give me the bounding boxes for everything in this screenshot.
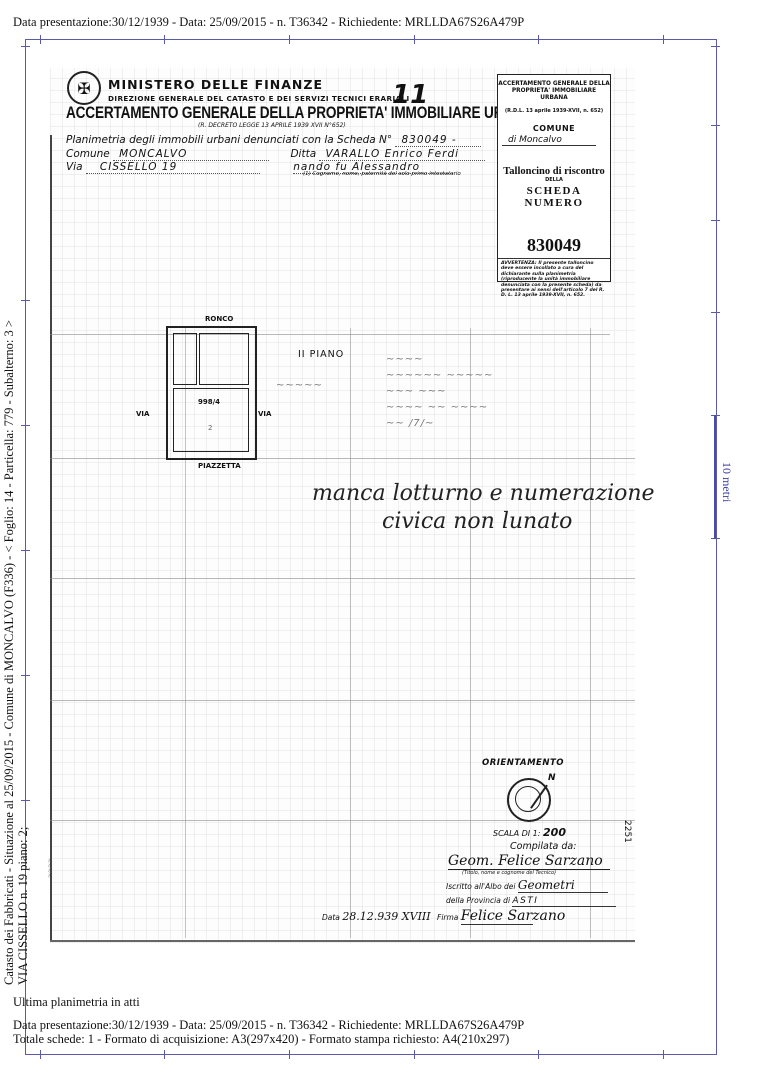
ruler-tick [414, 35, 415, 44]
scale-label: SCALA DI 1: [493, 829, 540, 838]
grid-line [590, 328, 591, 938]
via-label: Via [66, 161, 83, 173]
floor-label: II PIANO [298, 349, 344, 360]
date-label: Data [322, 913, 340, 922]
scale-bar-label: 10 metri [719, 462, 734, 502]
grid-line [50, 700, 635, 701]
north-label: N [548, 773, 556, 783]
plan-label-top: RONCO [205, 315, 233, 323]
ruler-tick [164, 1050, 165, 1059]
provincia-value: ASTI [512, 896, 616, 907]
signature-value: Felice Sarzano [461, 908, 533, 925]
stub-number: 830049 [498, 235, 610, 256]
planimetria-label: Planimetria degli immobili urbani denunc… [66, 134, 392, 146]
stub-comune-value: di Moncalvo [502, 135, 596, 146]
ditta-value-1: VARALLO Enrico Ferdi [319, 148, 485, 161]
orientation-label: ORIENTAMENTO [482, 758, 564, 768]
stub-comune-label: COMUNE [498, 124, 610, 133]
plan-room [199, 333, 249, 385]
footer-request-info: Data presentazione:30/12/1939 - Data: 25… [13, 1018, 524, 1032]
floor-plan-drawing: 998/4 2 [166, 326, 257, 460]
technician-name: Geom. Felice Sarzano [448, 853, 610, 870]
stub-talloncino: Talloncino di riscontro [498, 166, 610, 177]
ministry-title: MINISTERO DELLE FINANZE [108, 77, 323, 92]
plan-room [173, 333, 197, 385]
ruler-tick [663, 35, 664, 44]
grid-line [350, 328, 351, 938]
compass-icon [507, 778, 551, 822]
comune-label: Comune [66, 148, 110, 160]
stub-law: (R.D.L. 13 aprile 1939-XVII, n. 652) [498, 108, 610, 114]
scale-info: SCALA DI 1: 200 [493, 826, 566, 839]
technician-note: (Titolo, nome e cognome del Tecnico) [462, 870, 556, 876]
handwritten-note-line-2: civica non lunato [382, 508, 655, 536]
stub-heading: ACCERTAMENTO GENERALE DELLA PROPRIETA' I… [498, 81, 610, 102]
stamp-number: 2251 [622, 820, 632, 843]
albo-label: Iscritto all'Albo dei [446, 882, 516, 891]
provincia-row: della Provincia di ASTI [446, 896, 616, 907]
plan-label-bottom: PIAZZETTA [198, 462, 241, 470]
stub-della: DELLA [498, 177, 610, 183]
header-request-info: Data presentazione:30/12/1939 - Data: 25… [13, 15, 524, 30]
comune-value: MONCALVO [113, 148, 269, 161]
via-value: CISSELLO 19 [86, 161, 260, 174]
margin-scribble: ~~~~ [46, 858, 53, 878]
ruler-tick [40, 1050, 41, 1059]
ruler-tick [414, 1050, 415, 1059]
direction-title: DIREZIONE GENERALE DEL CATASTO E DEI SER… [108, 94, 410, 103]
ruler-tick [663, 1050, 664, 1059]
ruler-tick [711, 46, 720, 47]
ruler-tick [40, 35, 41, 44]
sheet-border [50, 940, 635, 942]
grid-line [50, 820, 635, 821]
comune-ditta-row: Comune MONCALVO Ditta VARALLO Enrico Fer… [66, 148, 485, 161]
ruler-tick [21, 46, 30, 47]
faded-annotation: ~~~~~~~~~~ ~~~~~~~~ ~~~~~~~ ~~ ~~~~~~ /7… [386, 352, 493, 432]
stub-scheda-numero: SCHEDA NUMERO [498, 185, 610, 209]
albo-row: Iscritto all'Albo dei Geometri [446, 878, 608, 893]
footer-info: Data presentazione:30/12/1939 - Data: 25… [13, 1018, 524, 1046]
plan-label-right: VIA [258, 410, 271, 418]
ruler-tick [711, 312, 720, 313]
decree-reference: (R. DECRETO LEGGE 13 APRILE 1939 XVII N°… [198, 122, 346, 129]
ruler-tick [538, 35, 539, 44]
grid-line [50, 458, 635, 459]
ditta-note: (1) Cognome, nome, paternità del solo pr… [303, 171, 461, 177]
ruler-tick [21, 300, 30, 301]
handwritten-note: manca lotturno e numerazione civica non … [312, 480, 655, 536]
compiled-by-label: Compilata da: [510, 841, 576, 852]
scanned-planimetry-sheet: ✠ MINISTERO DELLE FINANZE DIREZIONE GENE… [50, 68, 635, 943]
cadastral-side-info: Catasto dei Fabbricati - Situazione al 2… [2, 320, 30, 985]
stub-avvertenza: AVVERTENZA: Il presente talloncino deve … [498, 258, 610, 299]
ruler-tick [164, 35, 165, 44]
ruler-tick [711, 220, 720, 221]
scale-value: 200 [543, 826, 566, 839]
scheda-value: 830049 - [395, 134, 481, 147]
republic-emblem-icon: ✠ [67, 71, 101, 105]
footer-format-info: Totale schede: 1 - Formato di acquisizio… [13, 1032, 524, 1046]
provincia-label: della Provincia di [446, 896, 510, 905]
date-value: 28.12.939 XVIII [342, 910, 430, 923]
scheda-row: Planimetria degli immobili urbani denunc… [66, 134, 481, 147]
albo-value: Geometri [518, 878, 608, 893]
scale-bar [714, 415, 716, 539]
address-info-line: VIA CISSELLO n. 19 piano: 2; [16, 320, 30, 985]
control-stub: ACCERTAMENTO GENERALE DELLA PROPRIETA' I… [497, 74, 611, 282]
ruler-tick [289, 35, 290, 44]
document-title: ACCERTAMENTO GENERALE DELLA PROPRIETA' I… [66, 104, 542, 123]
ruler-tick [289, 1050, 290, 1059]
handwritten-note-line-1: manca lotturno e numerazione [312, 480, 655, 508]
cadastral-info-line: Catasto dei Fabbricati - Situazione al 2… [2, 320, 16, 985]
grid-line [50, 334, 610, 335]
ruler-tick [538, 1050, 539, 1059]
faded-annotation: ~~~~~ [276, 380, 323, 391]
ditta-label: Ditta [290, 148, 316, 160]
plan-label-left: VIA [136, 410, 149, 418]
status-text: Ultima planimetria in atti [13, 995, 140, 1010]
plan-room-annotation: 998/4 [198, 398, 220, 406]
signature-label: Firma [437, 913, 458, 922]
page-frame-bottom [25, 1054, 716, 1055]
date-signature-row: Data 28.12.939 XVIII Firma Felice Sarzan… [322, 908, 533, 925]
plan-room-number: 2 [208, 424, 212, 432]
ruler-tick [711, 125, 720, 126]
grid-line [50, 578, 635, 579]
